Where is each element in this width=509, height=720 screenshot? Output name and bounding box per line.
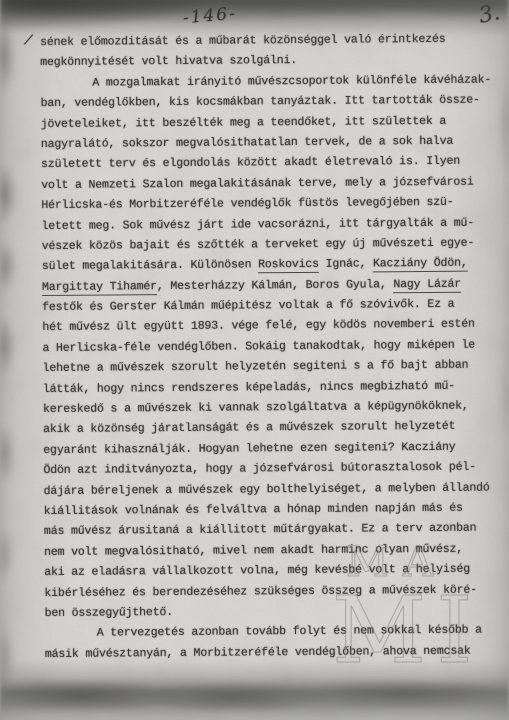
scanned-document-page: -146- 3. / sének előmozditását és a műba… bbox=[0, 0, 509, 720]
scan-smudge-bottom bbox=[0, 660, 509, 718]
scan-blotch-left-edge bbox=[0, 0, 32, 720]
scan-edge-shadow-top bbox=[0, 0, 509, 36]
underlined-name: Kacziány Ödön, bbox=[373, 257, 468, 273]
text-segment: sület megalakitására. Különösen bbox=[42, 259, 258, 274]
watermark: MA MI bbox=[320, 538, 509, 678]
underlined-name: Nagy Lázár bbox=[393, 277, 461, 293]
underlined-name: Margittay Tihamér bbox=[42, 280, 157, 296]
text-segment: Ignác, bbox=[319, 258, 373, 271]
text-segment: , Mesterházzy Kálmán, Boros Gyula, bbox=[157, 278, 394, 293]
underlined-name: Roskovics bbox=[258, 258, 319, 273]
